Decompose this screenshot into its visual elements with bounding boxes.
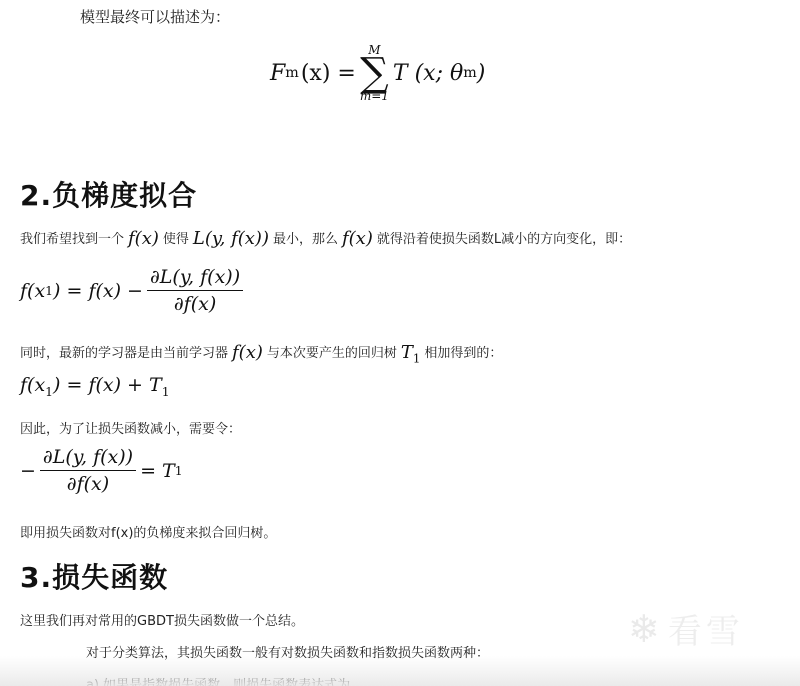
equation-gradient-step: f(x1) = f(x) − ∂L(y, f(x)) ∂f(x) — [20, 266, 247, 315]
text-segment: 同时，最新的学习器是由当前学习器 — [20, 346, 228, 361]
math-fx: f(x) — [342, 228, 373, 249]
eq-lhs: f(x — [20, 280, 45, 302]
math-fx: f(x) — [232, 342, 263, 363]
eq-rhs-sub: 1 — [175, 464, 183, 478]
watermark: ❄ 看雪 — [628, 604, 744, 653]
math-fx: f(x) — [128, 228, 159, 249]
text-segment: 使得 — [163, 232, 189, 247]
equation-additive-update: f(x1) = f(x) + T1 — [20, 374, 170, 399]
eq-rhs-sub: 1 — [162, 385, 170, 399]
bottom-fade-overlay — [0, 656, 800, 686]
eq-rhs: ) = f(x) + T — [53, 374, 162, 396]
formula-lhs-arg: (x) = — [301, 61, 356, 86]
eq-rhs: = T — [140, 460, 175, 482]
math-t1: T1 — [401, 342, 420, 363]
minus-sign: − — [20, 460, 36, 482]
section-3-paragraph-1: 这里我们再对常用的GBDT损失函数做一个总结。 — [20, 610, 304, 629]
snowflake-icon: ❄ — [628, 610, 660, 648]
watermark-text: 看雪 — [668, 604, 744, 653]
math-loss: L(y, f(x)) — [193, 228, 269, 249]
section-2-heading: 2.负梯度拟合 — [20, 174, 197, 214]
sum-symbol: ∑ — [360, 56, 389, 90]
formula-lhs: F — [270, 61, 285, 86]
text-segment: 就得沿着使损失函数L减小的方向变化，即： — [377, 232, 631, 247]
fraction: ∂L(y, f(x)) ∂f(x) — [147, 266, 243, 315]
text-segment: 我们希望找到一个 — [20, 232, 124, 247]
summation: M ∑ m=1 — [360, 44, 389, 102]
fraction-denominator: ∂f(x) — [64, 471, 112, 495]
sum-lower: m=1 — [360, 90, 389, 102]
math-t: T — [401, 342, 413, 363]
intro-text: 模型最终可以描述为： — [80, 6, 230, 27]
section-3-heading: 3.损失函数 — [20, 556, 168, 596]
fraction: ∂L(y, f(x)) ∂f(x) — [40, 446, 136, 495]
eq-lhs-sub: 1 — [45, 385, 53, 399]
fraction-numerator: ∂L(y, f(x)) — [147, 266, 243, 291]
eq-lhs-rest: ) = f(x) − — [53, 280, 143, 302]
section-2-paragraph-4: 即用损失函数对f(x)的负梯度来拟合回归树。 — [20, 522, 276, 541]
formula-model: Fm(x) = M ∑ m=1 T (x; θm) — [270, 44, 485, 102]
section-2-paragraph-3: 因此，为了让损失函数减小，需要令： — [20, 418, 241, 437]
eq-lhs-sub: 1 — [45, 284, 53, 298]
fraction-numerator: ∂L(y, f(x)) — [40, 446, 136, 471]
text-segment: 与本次要产生的回归树 — [267, 346, 397, 361]
eq-lhs: f(x — [20, 374, 45, 396]
equation-negative-gradient: − ∂L(y, f(x)) ∂f(x) = T1 — [20, 446, 183, 495]
formula-rhs-close: ) — [477, 61, 486, 86]
section-2-paragraph-1: 我们希望找到一个f(x)使得L(y, f(x))最小，那么f(x)就得沿着使损失… — [20, 228, 631, 249]
formula-lhs-sub: m — [285, 65, 299, 81]
formula-rhs-sub: m — [463, 65, 477, 81]
text-segment: 相加得到的： — [424, 346, 502, 361]
fraction-denominator: ∂f(x) — [171, 291, 219, 315]
math-t-sub: 1 — [413, 352, 420, 366]
section-2-paragraph-2: 同时，最新的学习器是由当前学习器f(x)与本次要产生的回归树T1相加得到的： — [20, 342, 502, 366]
text-segment: 最小，那么 — [273, 232, 338, 247]
formula-rhs: T (x; θ — [393, 61, 463, 86]
